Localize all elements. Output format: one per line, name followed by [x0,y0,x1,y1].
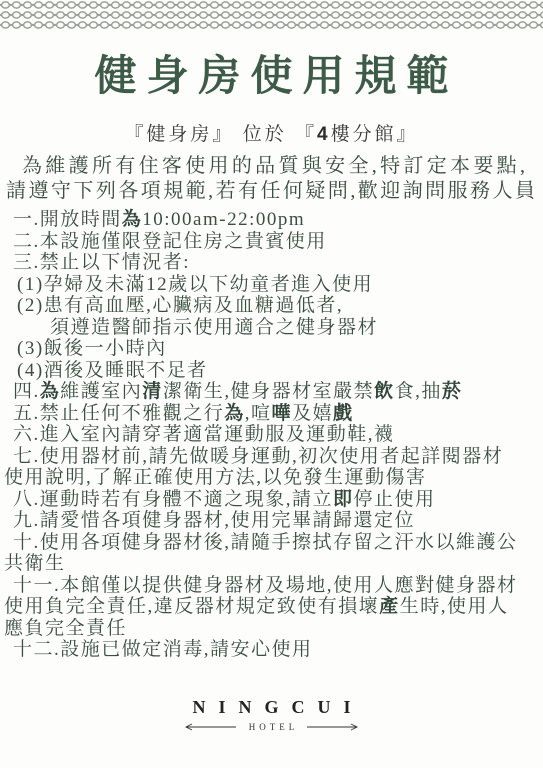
emphasized-char: 產 [379,596,400,617]
left-arrow-icon [184,723,236,731]
hotel-tagline-row: HOTEL [0,722,543,732]
rule-line: 共衛生 [0,553,543,575]
intro-line-1: 為維護所有住客使用的品質與安全,特訂定本要點, [4,154,539,179]
text-segment: 生時,使用人 [400,596,509,617]
text-segment: 潔衛生,健身器材室嚴禁 [163,381,374,402]
intro-line-2: 請遵守下列各項規範,若有任何疑問,歡迎詢問服務人員 [4,179,539,204]
rule-line: 九.請愛惜各項健身器材,使用完畢請歸還定位 [0,510,543,532]
text-segment: 食,抽 [395,381,442,402]
emphasized-char: 清 [142,381,163,402]
intro-paragraph: 為維護所有住客使用的品質與安全,特訂定本要點, 請遵守下列各項規範,若有任何疑問… [4,154,539,204]
rule-line: (1)孕婦及未滿12歲以下幼童者進入使用 [0,274,543,296]
rule-line: (4)酒後及睡眠不足者 [0,360,543,382]
rule-line: (3)飯後一小時內 [0,338,543,360]
text-segment: 二.本設施僅限登記住房之貴賓使用 [13,231,327,252]
decorative-border-pattern [0,0,543,29]
page-title: 健身房使用規範 [0,53,543,101]
text-segment: 十.使用各項健身器材後,請隨手擦拭存留之汗水以維護公 [13,532,518,553]
right-arrow-icon [307,723,359,731]
text-segment: 須遵造醫師指示使用適合之健身器材 [50,317,378,338]
hotel-label: HOTEL [245,722,299,732]
rule-line: 十一.本館僅以提供健身器材及場地,使用人應對健身器材 [0,575,543,597]
text-segment: 一.開放時間 [13,209,122,230]
text-segment: 『健身房』 位於 『 [124,124,317,145]
text-segment: 維護室內 [60,381,142,402]
rules-list: 一.開放時間為10:00am-22:00pm二.本設施僅限登記住房之貴賓使用三.… [0,209,543,661]
text-segment: 樓分館』 [331,124,419,145]
emphasized-char: 為 [224,403,245,424]
rule-line: 五.禁止任何不雅觀之行為,喧嘩及嬉戲 [0,403,543,425]
text-segment: (1)孕婦及未滿12歲以下幼童者進入使用 [17,274,373,295]
text-segment: 六.進入室內請穿著適當運動服及運動鞋,襪 [13,424,395,445]
text-segment: 五.禁止任何不雅觀之行 [13,403,224,424]
text-segment: 三.禁止以下情況者: [13,252,190,273]
rule-line: 四.為維護室內清潔衛生,健身器材室嚴禁飲食,抽菸 [0,381,543,403]
text-segment: (4)酒後及睡眠不足者 [17,360,208,381]
text-segment: 十二.設施已做定消毒,請安心使用 [13,639,313,660]
emphasized-char: 4 [317,124,331,145]
text-segment: 八.運動時若有身體不適之現象,請立 [13,489,333,510]
rule-line: 八.運動時若有身體不適之現象,請立即停止使用 [0,489,543,511]
rule-line: 使用負完全責任,違反器材規定致使有損壞產生時,使用人 [0,596,543,618]
text-segment: 停止使用 [354,489,436,510]
text-segment: ,喧 [245,403,272,424]
rule-line: 十二.設施已做定消毒,請安心使用 [0,639,543,661]
rule-line: 一.開放時間為10:00am-22:00pm [0,209,543,231]
text-segment: 十一.本館僅以提供健身器材及場地,使用人應對健身器材 [13,575,518,596]
text-segment: 10:00am-22:00pm [142,209,305,230]
hotel-name: NINGCUI [0,697,543,718]
text-segment: 使用負完全責任,違反器材規定致使有損壞 [4,596,379,617]
emphasized-char: 戲 [333,403,354,424]
text-segment: 九.請愛惜各項健身器材,使用完畢請歸還定位 [13,510,415,531]
gym-rules-notice: 健身房使用規範 『健身房』 位於 『4樓分館』 為維護所有住客使用的品質與安全,… [0,0,543,768]
rule-line: 六.進入室內請穿著適當運動服及運動鞋,襪 [0,424,543,446]
location-line: 『健身房』 位於 『4樓分館』 [0,119,543,146]
rule-line: 十.使用各項健身器材後,請隨手擦拭存留之汗水以維護公 [0,532,543,554]
rule-line: (2)患有高血壓,心臟病及血糖過低者, [0,295,543,317]
text-segment: 四. [13,381,40,402]
emphasized-char: 嘩 [272,403,293,424]
emphasized-char: 為 [40,381,61,402]
text-segment: (3)飯後一小時內 [17,338,167,359]
text-segment: (2)患有高血壓,心臟病及血糖過低者, [17,295,343,316]
rule-line: 三.禁止以下情況者: [0,252,543,274]
rule-line: 二.本設施僅限登記住房之貴賓使用 [0,231,543,253]
text-segment: 七.使用器材前,請先做暖身運動,初次使用者起詳閱器材 [13,446,503,467]
text-segment: 應負完全責任 [4,618,127,639]
text-segment: 使用說明,了解正確使用方法,以免發生運動傷害 [4,467,427,488]
emphasized-char: 菸 [442,381,463,402]
rule-line: 使用說明,了解正確使用方法,以免發生運動傷害 [0,467,543,489]
rule-line: 應負完全責任 [0,618,543,640]
emphasized-char: 為 [122,209,143,230]
text-segment: 共衛生 [4,553,66,574]
emphasized-char: 即 [333,489,354,510]
hotel-logo: NINGCUI HOTEL [0,697,543,732]
text-segment: 及嬉 [292,403,333,424]
emphasized-char: 飲 [374,381,395,402]
rule-line: 須遵造醫師指示使用適合之健身器材 [0,317,543,339]
rule-line: 七.使用器材前,請先做暖身運動,初次使用者起詳閱器材 [0,446,543,468]
